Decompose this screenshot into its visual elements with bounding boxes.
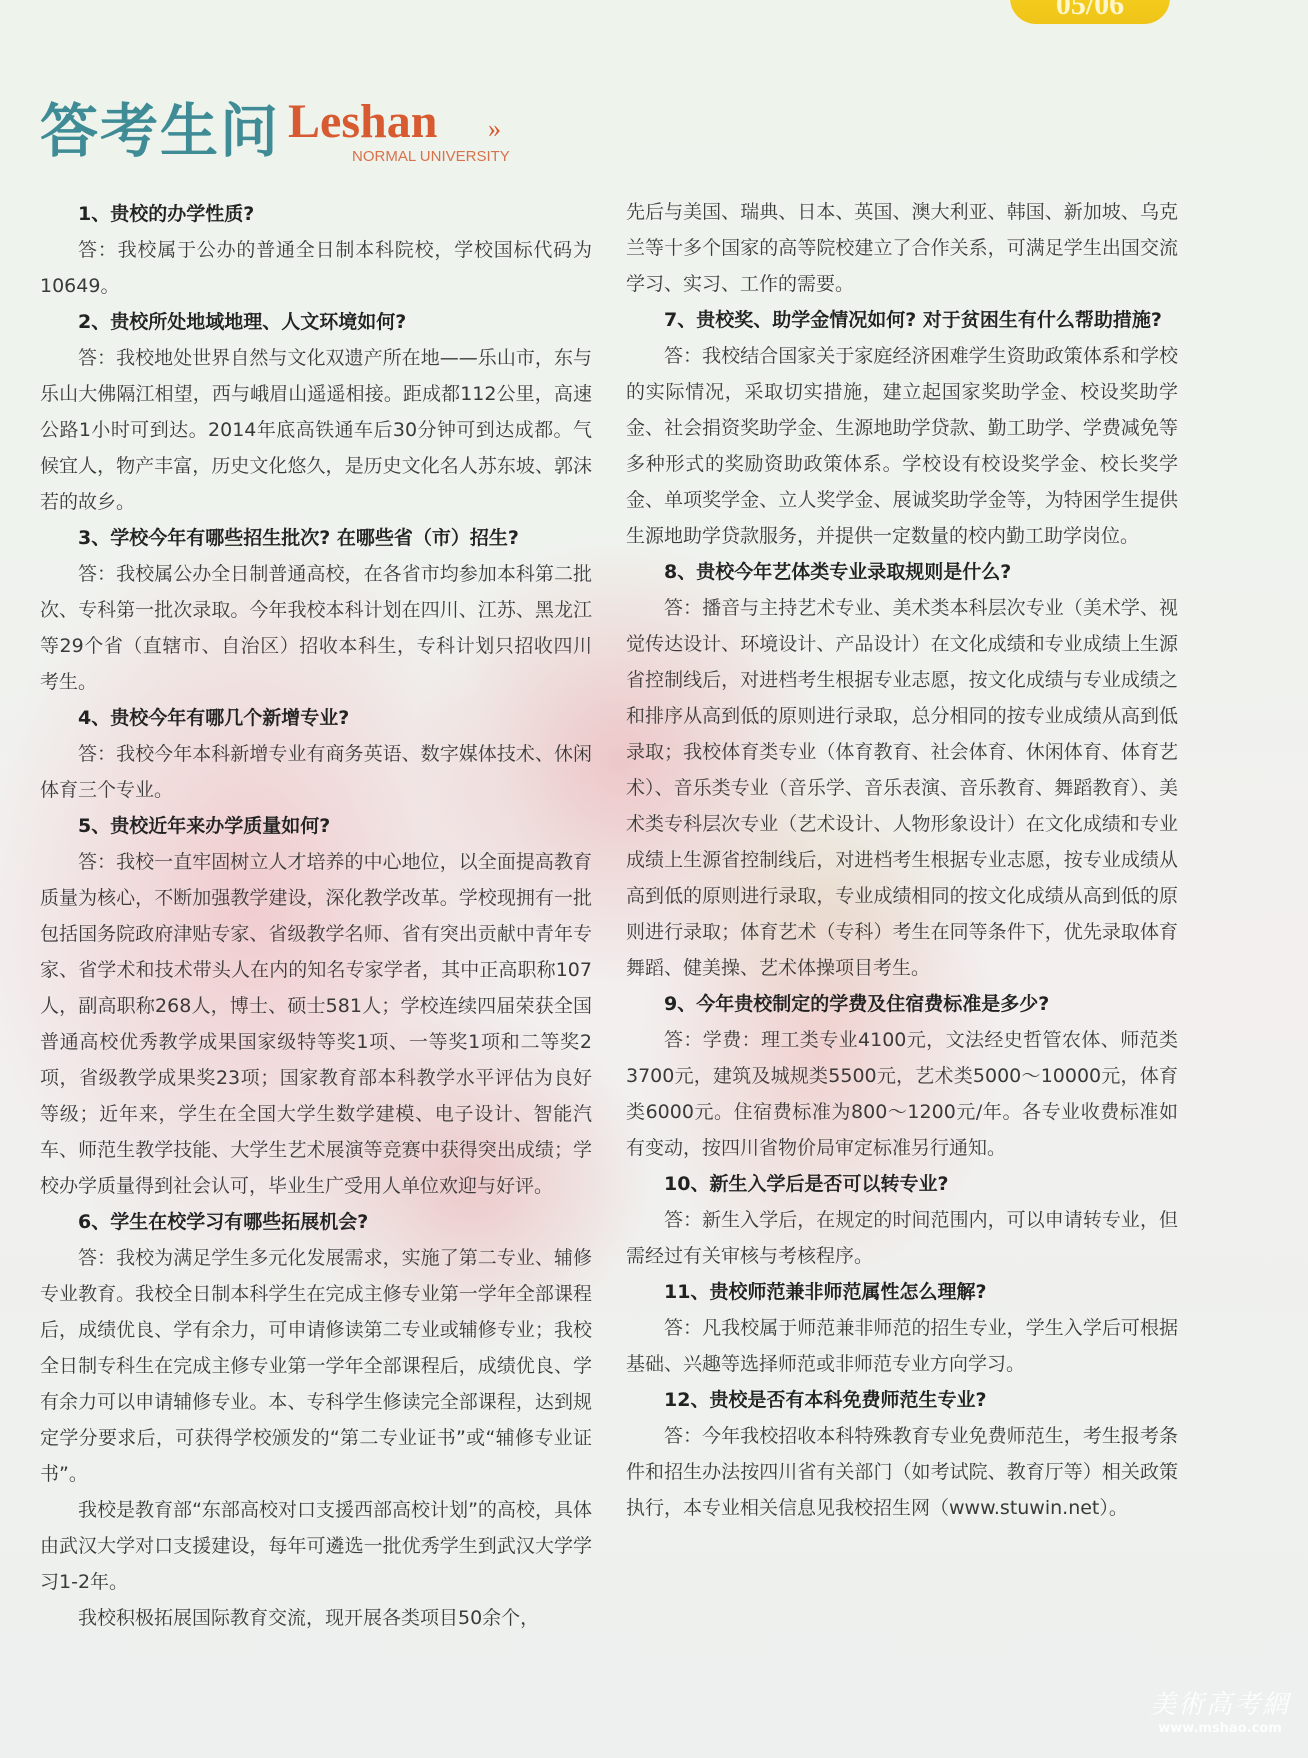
answer-paragraph: 答：学费：理工类专业4100元，文法经史哲管农体、师范类3700元，建筑及城规类… <box>626 1022 1178 1166</box>
answer-paragraph: 答：我校今年本科新增专业有商务英语、数字媒体技术、休闲体育三个专业。 <box>40 736 592 808</box>
right-column: 先后与美国、瑞典、日本、英国、澳大利亚、韩国、新加坡、乌克兰等十多个国家的高等院… <box>626 194 1178 1526</box>
answer-paragraph: 答：我校地处世界自然与文化双遗产所在地——乐山市，东与乐山大佛隔江相望，西与峨眉… <box>40 340 592 520</box>
double-chevron-right-icon: » <box>488 114 501 144</box>
answer-paragraph: 答：新生入学后，在规定的时间范围内，可以申请转专业，但需经过有关审核与考核程序。 <box>626 1202 1178 1274</box>
page-number-badge: 05/06 <box>1010 0 1170 24</box>
question-heading: 8、贵校今年艺体类专业录取规则是什么? <box>626 554 1178 590</box>
brand-subtitle: NORMAL UNIVERSITY <box>352 148 510 165</box>
watermark-logo: 美術高考網 <box>1140 1690 1300 1720</box>
question-heading: 7、贵校奖、助学金情况如何? 对于贫困生有什么帮助措施? <box>626 302 1178 338</box>
university-logo: Leshan » NORMAL UNIVERSITY <box>288 96 528 166</box>
left-column: 1、贵校的办学性质?答：我校属于公办的普通全日制本科院校，学校国标代码为1064… <box>40 196 592 1636</box>
question-heading: 6、学生在校学习有哪些拓展机会? <box>40 1204 592 1240</box>
brand-name: Leshan <box>288 94 437 149</box>
answer-paragraph: 答：我校结合国家关于家庭经济困难学生资助政策体系和学校的实际情况，采取切实措施，… <box>626 338 1178 554</box>
answer-paragraph: 答：我校一直牢固树立人才培养的中心地位，以全面提高教育质量为核心，不断加强教学建… <box>40 844 592 1204</box>
question-heading: 1、贵校的办学性质? <box>40 196 592 232</box>
question-heading: 12、贵校是否有本科免费师范生专业? <box>626 1382 1178 1418</box>
question-heading: 4、贵校今年有哪几个新增专业? <box>40 700 592 736</box>
answer-paragraph: 答：我校属公办全日制普通高校，在各省市均参加本科第二批次、专科第一批次录取。今年… <box>40 556 592 700</box>
answer-paragraph: 答：今年我校招收本科特殊教育专业免费师范生，考生报考条件和招生办法按四川省有关部… <box>626 1418 1178 1526</box>
answer-paragraph: 答：我校属于公办的普通全日制本科院校，学校国标代码为10649。 <box>40 232 592 304</box>
question-heading: 3、学校今年有哪些招生批次? 在哪些省（市）招生? <box>40 520 592 556</box>
section-header: 答考生问 Leshan » NORMAL UNIVERSITY <box>40 96 528 166</box>
question-heading: 10、新生入学后是否可以转专业? <box>626 1166 1178 1202</box>
watermark: 美術高考網 www.mshao.com <box>1140 1690 1300 1738</box>
question-heading: 2、贵校所处地域地理、人文环境如何? <box>40 304 592 340</box>
answer-paragraph: 我校是教育部“东部高校对口支援西部高校计划”的高校，具体由武汉大学对口支援建设，… <box>40 1492 592 1600</box>
answer-paragraph: 答：我校为满足学生多元化发展需求，实施了第二专业、辅修专业教育。我校全日制本科学… <box>40 1240 592 1492</box>
watermark-url: www.mshao.com <box>1140 1720 1300 1738</box>
question-heading: 11、贵校师范兼非师范属性怎么理解? <box>626 1274 1178 1310</box>
answer-paragraph: 我校积极拓展国际教育交流，现开展各类项目50余个， <box>40 1600 592 1636</box>
section-title: 答考生问 <box>40 96 280 166</box>
question-heading: 9、今年贵校制定的学费及住宿费标准是多少? <box>626 986 1178 1022</box>
answer-paragraph-continued: 先后与美国、瑞典、日本、英国、澳大利亚、韩国、新加坡、乌克兰等十多个国家的高等院… <box>626 194 1178 302</box>
answer-paragraph: 答：播音与主持艺术专业、美术类本科层次专业（美术学、视觉传达设计、环境设计、产品… <box>626 590 1178 986</box>
question-heading: 5、贵校近年来办学质量如何? <box>40 808 592 844</box>
answer-paragraph: 答：凡我校属于师范兼非师范的招生专业，学生入学后可根据基础、兴趣等选择师范或非师… <box>626 1310 1178 1382</box>
